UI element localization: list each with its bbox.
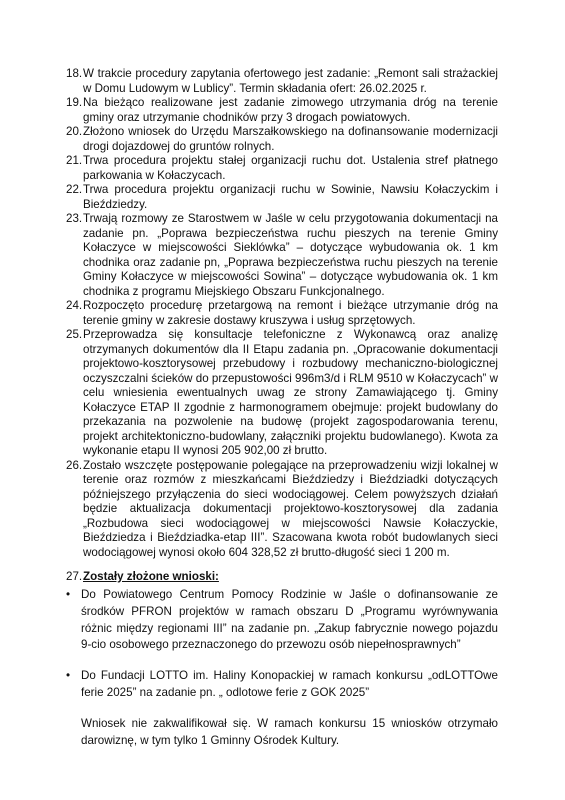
bullet-text: Do Fundacji LOTTO im. Haliny Konopackiej… [81, 669, 498, 699]
item-text: Trwają rozmowy ze Starostwem w Jaśle w c… [83, 212, 498, 299]
list-item-26: 26. Zostało wszczęte postępowanie polega… [66, 459, 498, 561]
note-paragraph: Wniosek nie zakwalifikował się. W ramach… [66, 716, 498, 750]
spacer [66, 560, 498, 570]
list-item-22: 22. Trwa procedura projektu organizacji … [66, 183, 498, 212]
list-item-24: 24. Rozpoczęto procedurę przetargową na … [66, 299, 498, 328]
bullet-item: • Do Fundacji LOTTO im. Haliny Konopacki… [66, 668, 498, 702]
list-item-20: 20. Złożono wniosek do Urzędu Marszałkow… [66, 125, 498, 154]
bullet-item: • Do Powiatowego Centrum Pomocy Rodzinie… [66, 587, 498, 654]
document-page: 18. W trakcie procedury zapytania oferto… [0, 0, 565, 800]
item-text: Trwa procedura projektu organizacji ruch… [83, 183, 498, 212]
item-text: Na bieżąco realizowane jest zadanie zimo… [83, 96, 498, 125]
bullet-icon: • [66, 668, 70, 685]
list-item-25: 25. Przeprowadza się konsultacje telefon… [66, 328, 498, 459]
item-text: Złożono wniosek do Urzędu Marszałkowskie… [83, 125, 498, 154]
item-number: 26. [66, 459, 82, 474]
numbered-list: 18. W trakcie procedury zapytania oferto… [66, 67, 498, 585]
section-heading: Zostały złożone wnioski: [83, 570, 498, 585]
item-text: Zostało wszczęte postępowanie polegające… [83, 459, 498, 561]
list-item-19: 19. Na bieżąco realizowane jest zadanie … [66, 96, 498, 125]
item-text: W trakcie procedury zapytania ofertowego… [83, 67, 498, 96]
item-number: 23. [66, 212, 82, 227]
item-number: 20. [66, 125, 82, 140]
item-number: 18. [66, 67, 82, 82]
item-text: Trwa procedura projektu stałej organizac… [83, 154, 498, 183]
list-item-18: 18. W trakcie procedury zapytania oferto… [66, 67, 498, 96]
item-number: 21. [66, 154, 82, 169]
list-item-21: 21. Trwa procedura projektu stałej organ… [66, 154, 498, 183]
item-number: 27. [66, 570, 82, 585]
bullet-icon: • [66, 587, 70, 604]
bullet-list: • Do Powiatowego Centrum Pomocy Rodzinie… [66, 587, 498, 749]
list-item-23: 23. Trwają rozmowy ze Starostwem w Jaśle… [66, 212, 498, 299]
item-number: 22. [66, 183, 82, 198]
bullet-text: Do Powiatowego Centrum Pomocy Rodzinie w… [81, 588, 498, 651]
item-text: Rozpoczęto procedurę przetargową na remo… [83, 299, 498, 328]
item-text: Przeprowadza się konsultacje telefoniczn… [83, 328, 498, 459]
list-item-27: 27. Zostały złożone wnioski: [66, 570, 498, 585]
item-number: 25. [66, 328, 82, 343]
item-number: 24. [66, 299, 82, 314]
item-number: 19. [66, 96, 82, 111]
